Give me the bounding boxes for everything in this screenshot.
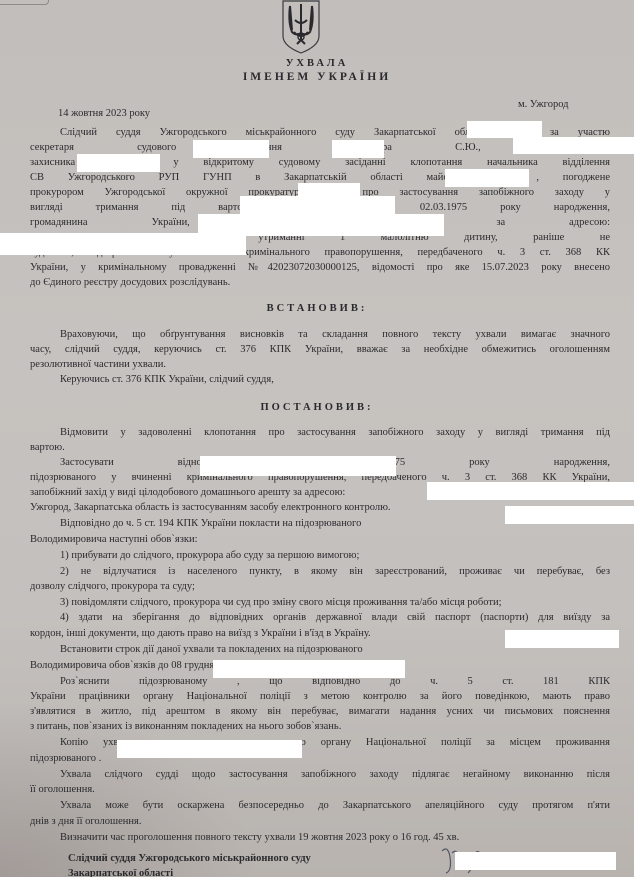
intro-line: України, у кримінальному провадженні №42… bbox=[30, 261, 610, 274]
decided-line: днів з дня її оголошення. bbox=[30, 815, 610, 828]
redaction-box bbox=[513, 137, 634, 154]
redaction-box bbox=[117, 740, 302, 758]
redaction-box bbox=[505, 506, 634, 524]
redaction-box bbox=[193, 140, 269, 158]
decided-line: Визначити час проголошення повного текст… bbox=[30, 831, 610, 844]
decided-line: дозволу слідчого, прокурора та суду; bbox=[30, 580, 610, 593]
signature-title-line1: Слідчий суддя Ужгородського міськрайонно… bbox=[68, 853, 311, 864]
redaction-box bbox=[455, 852, 616, 870]
decided-line: її оголошення. bbox=[30, 783, 610, 796]
signature-title-line2: Закарпатської області bbox=[68, 868, 173, 877]
court-ruling-page: УХВАЛА ІМЕНЕМ УКРАЇНИ 14 жовтня 2023 рок… bbox=[0, 0, 634, 877]
trident-coat-of-arms-icon bbox=[280, 0, 322, 54]
decided-line: Відмовити у задоволенні клопотання про з… bbox=[30, 426, 610, 439]
decided-line: 1) прибувати до слідчого, прокурора або … bbox=[30, 549, 610, 562]
redaction-box bbox=[77, 154, 160, 172]
document-subtitle: ІМЕНЕМ УКРАЇНИ bbox=[0, 71, 634, 83]
established-line: резолютивної частини ухвали. bbox=[30, 358, 610, 371]
decided-line: 3) повідомляти слідчого, прокурора чи су… bbox=[30, 596, 610, 609]
heading-decided: ПОСТАНОВИВ: bbox=[0, 402, 634, 413]
decided-line: 2) не відлучатися із населеного пункту, … bbox=[30, 565, 610, 578]
document-city: м. Ужгород bbox=[518, 99, 569, 110]
redaction-box bbox=[213, 660, 405, 678]
redaction-box bbox=[0, 233, 246, 255]
decided-line: з питань, пов`язаних із виконанням покла… bbox=[30, 720, 610, 733]
decided-line: вартою. bbox=[30, 441, 610, 454]
decided-line: Володимировича наступні обов`язки: bbox=[30, 533, 610, 546]
redaction-box bbox=[427, 482, 634, 500]
decided-line: України працівники органу Національної п… bbox=[30, 690, 610, 703]
paper-fold bbox=[0, 0, 49, 5]
redaction-box bbox=[467, 121, 542, 138]
decided-line: з'являтися в житло, під арештом в якому … bbox=[30, 705, 610, 718]
redaction-box bbox=[200, 456, 396, 476]
redaction-box bbox=[505, 630, 619, 648]
decided-line: Ухвала слідчого судді щодо застосування … bbox=[30, 768, 610, 781]
document-title: УХВАЛА bbox=[0, 58, 634, 69]
established-line: Враховуючи, що обґрунтування висновків т… bbox=[30, 328, 610, 341]
decided-line: Ухвала може бути оскаржена безпосередньо… bbox=[30, 799, 610, 812]
redaction-box bbox=[332, 140, 384, 158]
intro-line: до Єдиного реєстру досудових розслідуван… bbox=[30, 276, 610, 289]
redaction-box bbox=[445, 169, 529, 187]
decided-line: 4) здати на зберігання до відповідних ор… bbox=[30, 611, 610, 624]
established-line: Керуючись ст. 376 КПК України, слідчий с… bbox=[30, 373, 610, 386]
established-line: часу, слідчий суддя, керуючись ст. 376 К… bbox=[30, 343, 610, 356]
document-date: 14 жовтня 2023 року bbox=[58, 108, 150, 119]
heading-established: ВСТАНОВИВ: bbox=[0, 303, 634, 314]
